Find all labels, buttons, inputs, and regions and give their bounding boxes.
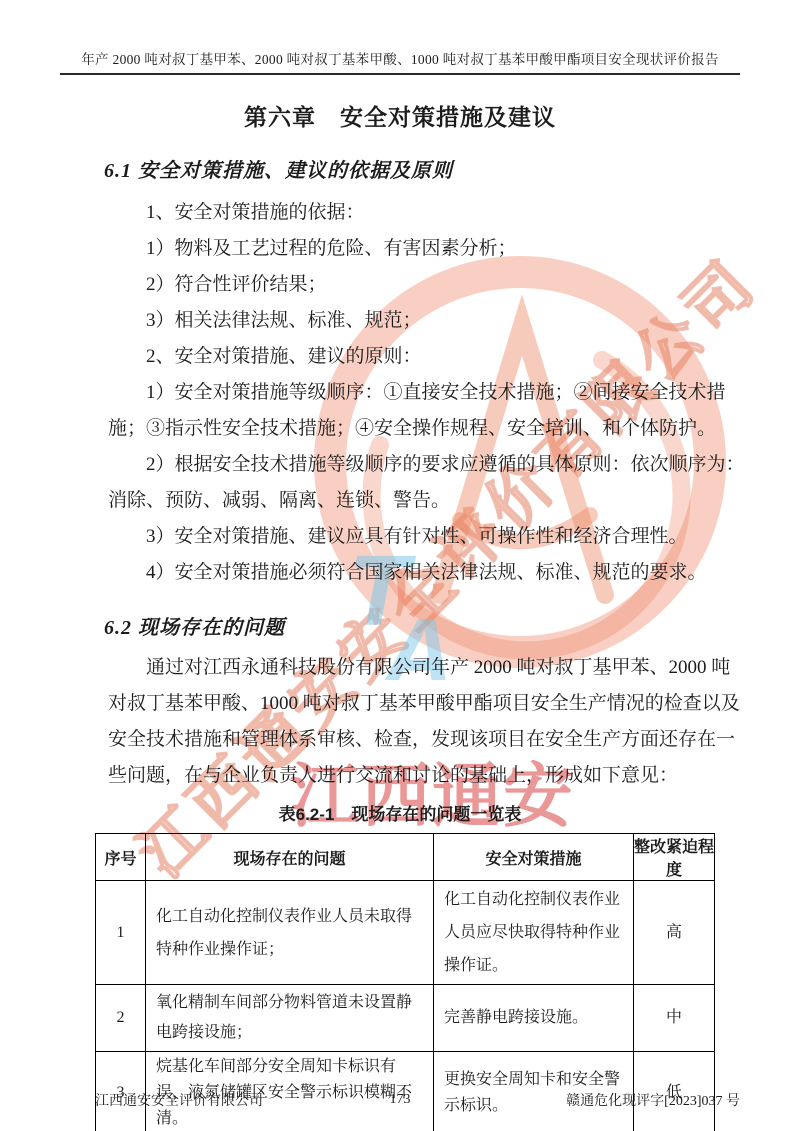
urgency-cell: 高 [634,881,715,985]
body-line: 3）安全对策措施、建议应具有针对性、可操作性和经济合理性。 [108,519,740,555]
measure-cell: 完善静电跨接设施。 [434,985,634,1052]
body-line: 1）物料及工艺过程的危险、有害因素分析； [108,231,740,267]
page-content: 年产 2000 吨对叔丁基甲苯、2000 吨对叔丁基苯甲酸、1000 吨对叔丁基… [0,48,800,1131]
body-line: 对叔丁基苯甲酸、1000 吨对叔丁基苯甲酸甲酯项目安全生产情况的检查以及 [108,686,740,722]
page-header: 年产 2000 吨对叔丁基甲苯、2000 吨对叔丁基苯甲酸、1000 吨对叔丁基… [60,48,740,75]
section-6-1-heading: 6.1 安全对策措施、建议的依据及原则 [104,154,800,183]
measure-cell: 化工自动化控制仪表作业人员应尽快取得特种作业操作证。 [434,881,634,985]
body-line: 消除、预防、减弱、隔离、连锁、警告。 [108,483,740,519]
problem-cell: 氧化精制车间部分物料管道未设置静电跨接设施； [146,985,434,1052]
table-row: 1 化工自动化控制仪表作业人员未取得特种作业操作证； 化工自动化控制仪表作业人员… [96,881,715,985]
body-line: 些问题，在与企业负责人进行交流和讨论的基础上，形成如下意见： [108,758,740,794]
body-line: 2）根据安全技术措施等级顺序的要求应遵循的具体原则：依次顺序为： [108,447,740,483]
section-6-1-body: 1、安全对策措施的依据： 1）物料及工艺过程的危险、有害因素分析； 2）符合性评… [108,195,740,591]
body-line: 安全技术措施和管理体系审核、检查，发现该项目在安全生产方面还存在一 [108,722,740,758]
table-row: 2 氧化精制车间部分物料管道未设置静电跨接设施； 完善静电跨接设施。 中 [96,985,715,1052]
section-6-2-paragraph: 通过对江西永通科技股份有限公司年产 2000 吨对叔丁基甲苯、2000 吨 对叔… [108,650,740,794]
page-footer: 江西通安安全评价有限公司 173 赣通危化现评字[2023]037 号 [0,1090,800,1114]
issues-table: 序号 现场存在的问题 安全对策措施 整改紧迫程度 1 化工自动化控制仪表作业人员… [95,833,715,1131]
report-title-header: 年产 2000 吨对叔丁基甲苯、2000 吨对叔丁基苯甲酸、1000 吨对叔丁基… [60,48,740,68]
section-6-2-heading: 6.2 现场存在的问题 [104,611,800,640]
body-line: 通过对江西永通科技股份有限公司年产 2000 吨对叔丁基甲苯、2000 吨 [108,650,740,686]
column-header-urgency: 整改紧迫程度 [634,834,715,881]
column-header-measure: 安全对策措施 [434,834,634,881]
table-header-row: 序号 现场存在的问题 安全对策措施 整改紧迫程度 [96,834,715,881]
footer-doc-number: 赣通危化现评字[2023]037 号 [566,1090,740,1110]
document-page: 江西通安安全评价有限公司 T A 江西通安 年产 2000 吨对叔丁基甲苯、20… [0,0,800,1131]
urgency-cell: 中 [634,985,715,1052]
row-number: 1 [96,881,146,985]
body-line: 2、安全对策措施、建议的原则： [108,339,740,375]
body-line: 2）符合性评价结果； [108,267,740,303]
chapter-title: 第六章 安全对策措施及建议 [0,99,800,132]
table-caption: 表6.2-1 现场存在的问题一览表 [0,800,800,825]
body-line: 施；③指示性安全技术措施；④安全操作规程、安全培训、和个体防护。 [108,411,740,447]
body-line: 3）相关法律法规、标准、规范； [108,303,740,339]
body-line: 1）安全对策措施等级顺序：①直接安全技术措施；②间接安全技术措 [108,375,740,411]
row-number: 2 [96,985,146,1052]
column-header-problem: 现场存在的问题 [146,834,434,881]
column-header-no: 序号 [96,834,146,881]
problem-cell: 化工自动化控制仪表作业人员未取得特种作业操作证； [146,881,434,985]
body-line: 1、安全对策措施的依据： [108,195,740,231]
body-line: 4）安全对策措施必须符合国家相关法律法规、标准、规范的要求。 [108,555,740,591]
